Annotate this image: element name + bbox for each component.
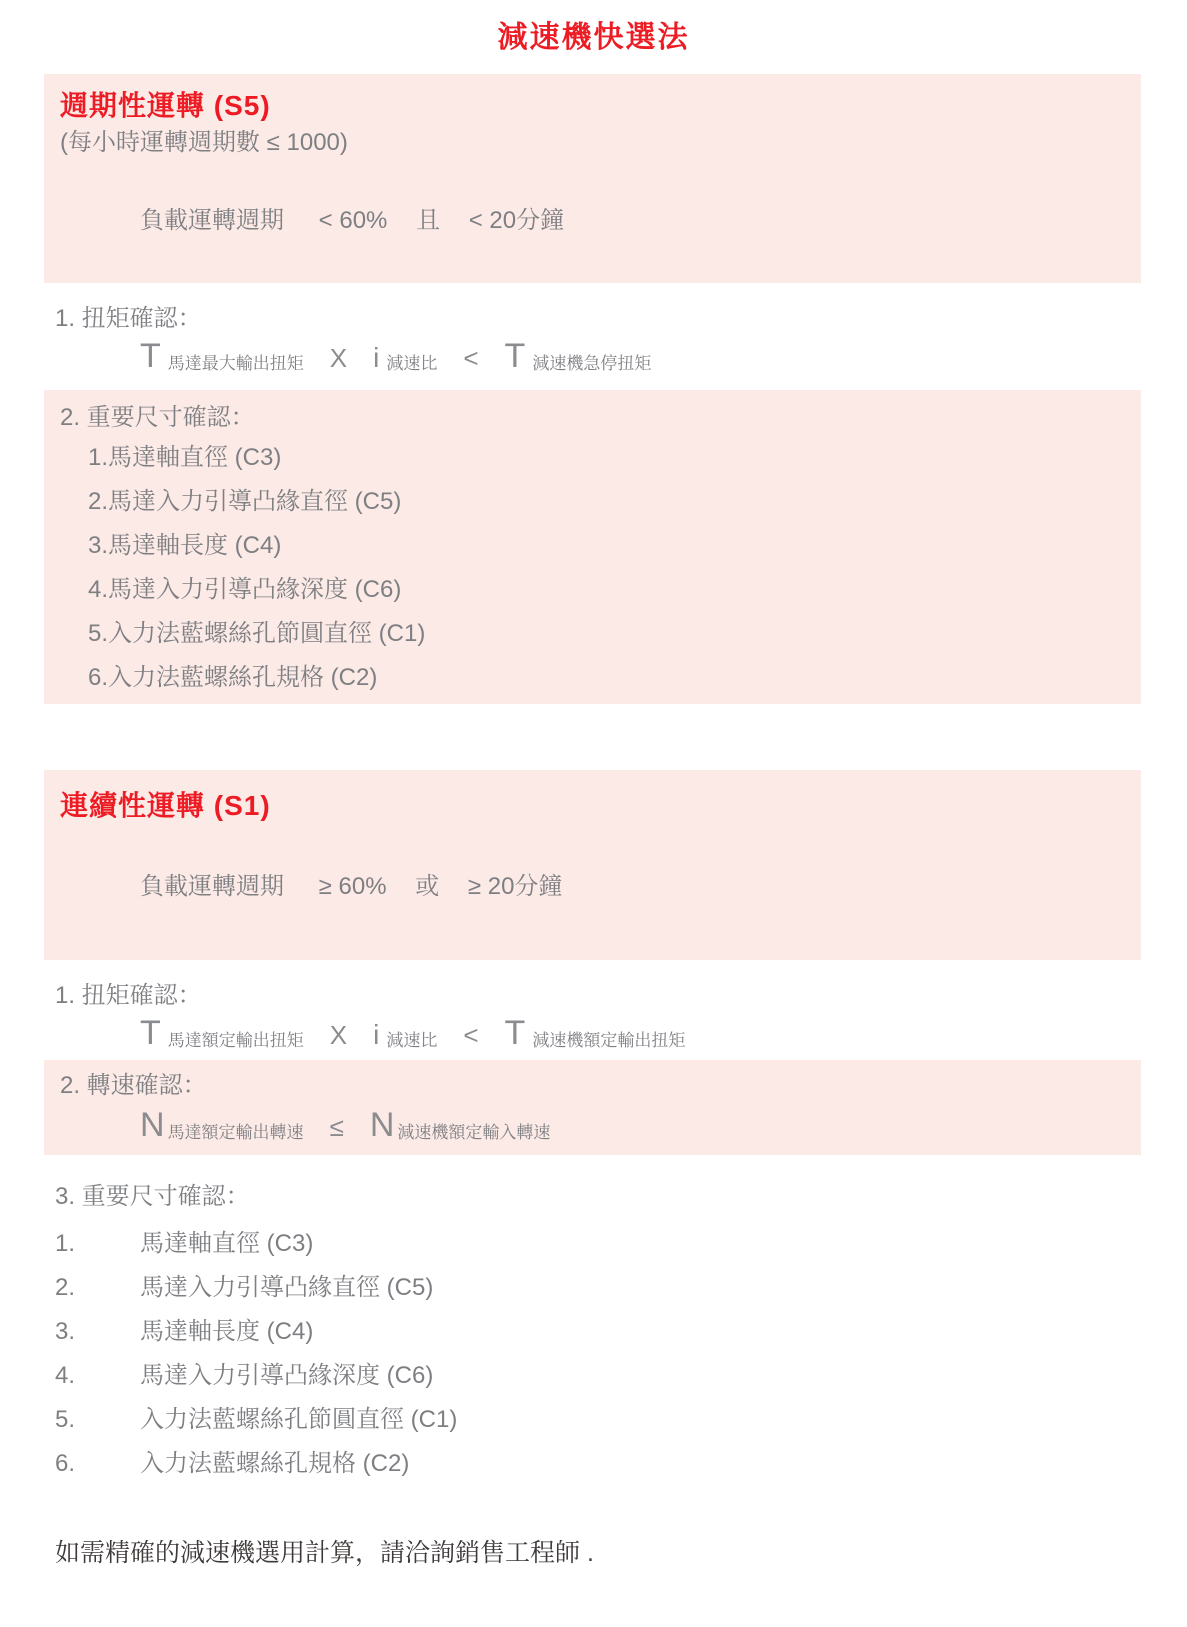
document-page: 減速機快選法 週期性運轉 (S5) (每小時運轉週期數 ≤ 1000) 負載運轉… (0, 0, 1187, 1627)
formula-symbol-N: N (370, 1106, 395, 1145)
s1-speed-panel: 2. 轉速確認： N 馬達額定輸出轉速 ≤ N 減速機額定輸入轉速 (44, 1060, 1141, 1155)
formula-symbol-T: T (140, 337, 161, 376)
s5-condition: (每小時運轉週期數 ≤ 1000) (60, 126, 1125, 160)
s5-torque-formula: T 馬達最大輸出扭矩 X i 減速比 < T 減速機急停扭矩 (140, 337, 1187, 381)
dims-item-text: 馬達軸長度 (C4) (140, 1310, 313, 1354)
s1-duty-rule1: ≥ 60% (319, 873, 387, 900)
formula-subscript: 減速比 (386, 1026, 437, 1051)
formula-symbol-T: T (140, 1014, 161, 1053)
dims-item: 3.馬達軸長度 (C4) (88, 524, 1125, 568)
s1-dimension-check: 3. 重要尺寸確認： 1. 馬達軸直徑 (C3) 2. 馬達入力引導凸緣直徑 (… (55, 1180, 1187, 1486)
dims-item: 1.馬達軸直徑 (C3) (88, 436, 1125, 480)
dims-item-text: 入力法藍螺絲孔規格 (C2) (140, 1442, 409, 1486)
s5-duty-conjunction: 且 (416, 207, 440, 234)
dims-item: 4.馬達入力引導凸緣深度 (C6) (88, 568, 1125, 612)
s5-dims-label: 2. 重要尺寸確認： (60, 400, 1125, 436)
dims-item-number: 5. (55, 1398, 140, 1442)
formula-operator-lessthan: < (463, 343, 478, 374)
dims-item-number: 1. (55, 1222, 140, 1266)
dims-item: 6.入力法藍螺絲孔規格 (C2) (88, 656, 1125, 700)
formula-symbol-i: i (373, 342, 379, 374)
dims-item: 3. 馬達軸長度 (C4) (55, 1310, 1187, 1354)
dims-item: 6. 入力法藍螺絲孔規格 (C2) (55, 1442, 1187, 1486)
s1-dims-label: 3. 重要尺寸確認： (55, 1180, 1187, 1214)
s5-dimension-panel: 2. 重要尺寸確認： 1.馬達軸直徑 (C3) 2.馬達入力引導凸緣直徑 (C5… (44, 390, 1141, 704)
formula-subscript: 馬達額定輸出扭矩 (168, 1026, 304, 1051)
s5-duty-rule1: < 60% (319, 207, 388, 234)
dims-item-number: 2. (55, 1266, 140, 1310)
s1-duty-rule2: ≥ 20分鐘 (468, 873, 563, 900)
dims-item: 5. 入力法藍螺絲孔節圓直徑 (C1) (55, 1398, 1187, 1442)
s1-torque-formula: T 馬達額定輸出扭矩 X i 減速比 < T 減速機額定輸出扭矩 (140, 1014, 1187, 1058)
dims-item-number: 3. (55, 1310, 140, 1354)
formula-symbol-T: T (505, 1014, 526, 1053)
dims-item-text: 馬達入力引導凸緣直徑 (C5) (140, 1266, 433, 1310)
dims-item-text: 入力法藍螺絲孔節圓直徑 (C1) (140, 1398, 457, 1442)
formula-operator-lessthan: < (463, 1020, 478, 1051)
s1-duty-conjunction: 或 (415, 873, 439, 900)
s5-torque-label: 1. 扭矩確認： (55, 303, 1187, 335)
dims-item: 5.入力法藍螺絲孔節圓直徑 (C1) (88, 612, 1125, 656)
dims-item-text: 馬達入力引導凸緣深度 (C6) (140, 1354, 433, 1398)
formula-operator-multiply: X (330, 343, 347, 374)
s1-speed-label: 2. 轉速確認： (60, 1068, 1125, 1104)
formula-operator-lessequal: ≤ (330, 1112, 344, 1143)
formula-operator-multiply: X (330, 1020, 347, 1051)
s1-speed-formula: N 馬達額定輸出轉速 ≤ N 減速機額定輸入轉速 (140, 1106, 1125, 1150)
s5-duty-line: 負載運轉週期 < 60% 且 < 20分鐘 (60, 204, 1125, 238)
dims-item: 1. 馬達軸直徑 (C3) (55, 1222, 1187, 1266)
s5-intro-panel: 週期性運轉 (S5) (每小時運轉週期數 ≤ 1000) 負載運轉週期 < 60… (44, 74, 1141, 283)
dims-item-number: 6. (55, 1442, 140, 1486)
s5-torque-check: 1. 扭矩確認： T 馬達最大輸出扭矩 X i 減速比 < T 減速機急停扭矩 (55, 303, 1187, 381)
dims-item-number: 4. (55, 1354, 140, 1398)
s5-duty-label: 負載運轉週期 (140, 207, 284, 234)
dims-item: 4. 馬達入力引導凸緣深度 (C6) (55, 1354, 1187, 1398)
s1-torque-label: 1. 扭矩確認： (55, 980, 1187, 1012)
s1-dims-list: 1. 馬達軸直徑 (C3) 2. 馬達入力引導凸緣直徑 (C5) 3. 馬達軸長… (55, 1222, 1187, 1486)
footer-note: 如需精確的減速機選用計算，請洽詢銷售工程師 . (55, 1536, 1187, 1570)
formula-symbol-N: N (140, 1106, 165, 1145)
s1-intro-panel: 連續性運轉 (S1) 負載運轉週期 ≥ 60% 或 ≥ 20分鐘 (44, 770, 1141, 960)
s1-duty-line: 負載運轉週期 ≥ 60% 或 ≥ 20分鐘 (60, 870, 1125, 904)
s1-torque-check: 1. 扭矩確認： T 馬達額定輸出扭矩 X i 減速比 < T 減速機額定輸出扭… (55, 980, 1187, 1058)
formula-symbol-i: i (373, 1019, 379, 1051)
formula-subscript: 減速機額定輸入轉速 (397, 1118, 550, 1143)
formula-symbol-T: T (505, 337, 526, 376)
dims-item: 2.馬達入力引導凸緣直徑 (C5) (88, 480, 1125, 524)
s1-duty-label: 負載運轉週期 (140, 873, 284, 900)
s5-dims-list: 1.馬達軸直徑 (C3) 2.馬達入力引導凸緣直徑 (C5) 3.馬達軸長度 (… (60, 436, 1125, 700)
s5-duty-rule2: < 20分鐘 (469, 207, 564, 234)
formula-subscript: 減速比 (386, 349, 437, 374)
s1-heading: 連續性運轉 (S1) (60, 786, 1125, 826)
dims-item-text: 馬達軸直徑 (C3) (140, 1222, 313, 1266)
page-title: 減速機快選法 (0, 0, 1187, 56)
formula-subscript: 馬達額定輸出轉速 (168, 1118, 304, 1143)
formula-subscript: 馬達最大輸出扭矩 (168, 349, 304, 374)
s5-heading: 週期性運轉 (S5) (60, 86, 1125, 126)
formula-subscript: 減速機急停扭矩 (532, 349, 651, 374)
dims-item: 2. 馬達入力引導凸緣直徑 (C5) (55, 1266, 1187, 1310)
formula-subscript: 減速機額定輸出扭矩 (532, 1026, 685, 1051)
